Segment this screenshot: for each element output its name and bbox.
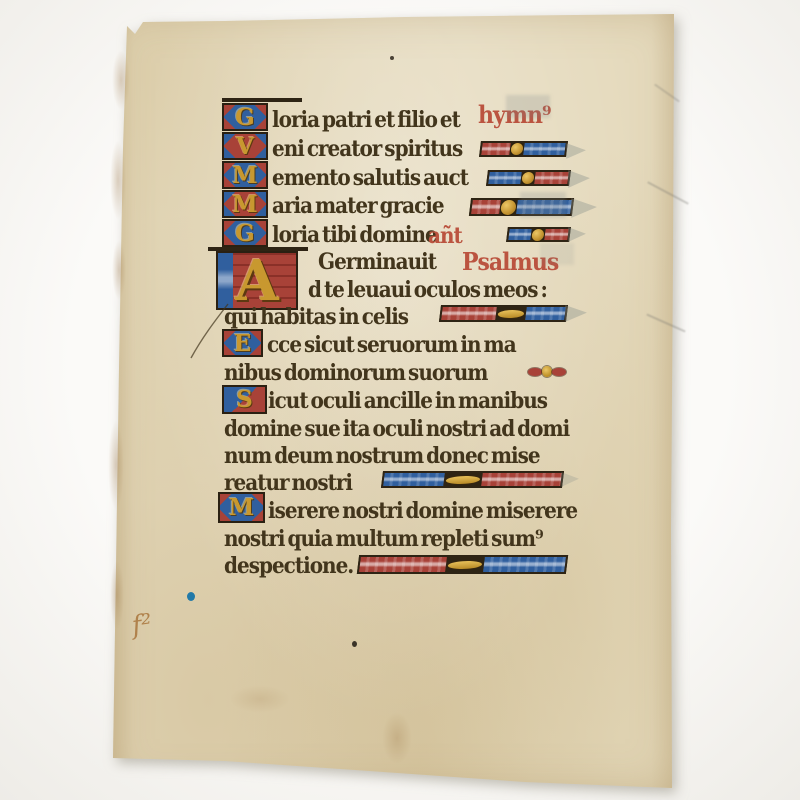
blue-ink-dot (187, 592, 195, 601)
filler-red-segment (441, 307, 497, 320)
text-line-13: num deum nostrum donec mise (224, 442, 540, 468)
filler-blue-segment (525, 307, 565, 320)
line-text: emento salutis auct (272, 164, 468, 190)
illuminated-initial-V: V (222, 132, 268, 160)
text-line-10: nibus dominorum suorum (224, 359, 487, 385)
line-text: loria tibi domine (272, 221, 437, 247)
folio-inscription: f² (130, 609, 154, 641)
parchment-crease (646, 314, 685, 333)
initial-letter: S (236, 388, 253, 411)
ink-speck (390, 56, 394, 60)
text-line-14: reatur nostri (224, 469, 352, 495)
line-text: Germinauit (318, 248, 436, 274)
initial-letter: V (236, 135, 254, 158)
line-text: cce sicut seruorum in ma (267, 331, 516, 357)
line-filler-icon (381, 471, 564, 488)
stain (112, 240, 126, 300)
offset-mark (566, 143, 586, 159)
stain (382, 712, 412, 764)
filler-red-segment (545, 229, 569, 240)
stain (110, 140, 126, 220)
text-line-3: emento salutis auct (272, 164, 468, 190)
parchment-crease (654, 84, 680, 103)
text-line-6: Germinauit (318, 248, 436, 274)
text-line-5: loria tibi domine (272, 221, 437, 247)
line-filler-icon (506, 227, 571, 242)
illuminated-initial-G: G (222, 103, 268, 131)
filler-red-segment (471, 200, 500, 214)
line-text: num deum nostrum donec mise (224, 442, 540, 468)
line-text: icut oculi ancille in manibus (268, 387, 547, 413)
filler-blue-segment (508, 229, 532, 240)
text-line-15: iserere nostri domine miserere (268, 497, 577, 523)
offset-mark (561, 472, 579, 487)
line-text: domine sue ita oculi nostri ad domi (224, 415, 569, 441)
filler-blue-segment (483, 557, 566, 572)
line-filler-icon (479, 141, 568, 157)
line-text: despectione. (224, 552, 353, 578)
initial-letter: G (235, 222, 255, 245)
line-text: d te leuaui oculos meos : (308, 276, 547, 302)
offset-mark (571, 198, 597, 218)
text-line-12: domine sue ita oculi nostri ad domi (224, 415, 569, 441)
line-filler-icon (357, 555, 568, 574)
filler-gold-leaf (498, 309, 525, 319)
text-line-7: d te leuaui oculos meos : (308, 276, 547, 302)
stain (110, 560, 124, 630)
flower-line-ender-icon (528, 365, 566, 379)
illuminated-initial-S: S (222, 385, 267, 414)
initial-letter: G (235, 106, 255, 129)
text-line-1: loria patri et filio et (272, 106, 460, 132)
offset-mark (568, 227, 586, 242)
stain (112, 50, 130, 110)
illuminated-initial-E: E (222, 329, 263, 357)
text-line-9: cce sicut seruorum in ma (267, 331, 516, 357)
show-through-patch (520, 192, 566, 218)
illuminated-initial-M: M (222, 161, 268, 189)
line-text: qui habitas in celis (224, 303, 408, 329)
initial-letter: E (234, 332, 252, 355)
flower-center (542, 366, 552, 377)
filler-red-segment (534, 172, 569, 184)
offset-mark (565, 305, 587, 322)
filler-red-segment (481, 143, 511, 155)
page-content: G V M M G A E S M loria patri et filio e… (0, 0, 800, 800)
initial-letter: A (235, 253, 278, 309)
text-line-11: icut oculi ancille in manibus (268, 387, 547, 413)
show-through-patch (540, 243, 574, 265)
text-line-16: nostri quia multum repleti sum⁹ (224, 525, 543, 551)
offset-mark (568, 170, 590, 188)
illuminated-initial-M: M (218, 492, 265, 523)
filler-gold-leaf (448, 559, 483, 569)
filler-red-segment (359, 557, 447, 572)
stain (108, 420, 124, 510)
line-text: loria patri et filio et (272, 106, 460, 132)
line-text: nostri quia multum repleti sum⁹ (224, 525, 543, 551)
show-through-patch (506, 95, 550, 118)
parchment-crease (647, 181, 689, 204)
flower-petal (552, 368, 566, 376)
initial-letter: M (232, 193, 257, 216)
filler-blue-segment (523, 143, 565, 155)
text-line-2: eni creator spiritus (272, 135, 462, 161)
line-text: reatur nostri (224, 469, 352, 495)
text-line-17: despectione. (224, 552, 353, 578)
text-line-4: aria mater gracie (272, 192, 444, 218)
line-filler-icon (439, 305, 568, 322)
rubric-antiphon: añt (428, 222, 462, 248)
initial-letter: M (232, 164, 257, 187)
line-text: iserere nostri domine miserere (268, 497, 577, 523)
filler-red-segment (481, 473, 561, 486)
line-text: aria mater gracie (272, 192, 444, 218)
line-filler-icon (486, 170, 571, 186)
filler-blue-segment (383, 473, 445, 486)
line-text: nibus dominorum suorum (224, 359, 487, 385)
filler-gold-dot (500, 200, 517, 215)
initial-column-top-bar (222, 98, 302, 102)
filler-gold-dot (510, 143, 523, 155)
filler-blue-segment (488, 172, 521, 184)
line-text: eni creator spiritus (272, 135, 462, 161)
flower-petal (528, 368, 542, 376)
stain (230, 685, 290, 713)
ink-speck (352, 641, 357, 647)
initial-letter: M (229, 496, 254, 519)
filler-gold-leaf (446, 474, 481, 484)
illuminated-initial-G: G (222, 219, 268, 247)
filler-gold-dot (532, 229, 545, 241)
filler-gold-dot (521, 172, 534, 184)
text-line-8: qui habitas in celis (224, 303, 408, 329)
illuminated-initial-M: M (222, 190, 268, 218)
